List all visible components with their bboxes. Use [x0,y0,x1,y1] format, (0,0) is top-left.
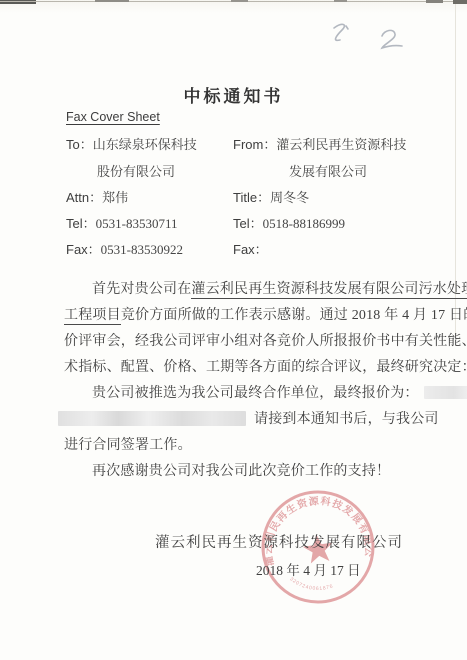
tel-right-label: Tel： [233,216,263,231]
redacted-price-box-1 [424,386,467,399]
to-value-line1: 山东绿泉环保科技 [93,137,197,152]
to-value-line2: 股份有限公司 [97,161,175,180]
body-para1-line2: 工程项目竞价方面所做的工作表示感谢。通过 2018 年 4 月 17 日的竞 [64,304,467,324]
redacted-price-box-2 [58,411,246,426]
tel-left-value: 0531-83530711 [96,216,178,231]
from-field: From：灌云利民再生资源科技 [233,134,406,153]
para2-line1-text: 贵公司被推选为我公司最终合作单位，最终报价为： [92,386,419,401]
fax-left-field: Fax：0531-83530922 [66,239,183,258]
fax-cover-sheet-label: Fax Cover Sheet [66,110,160,124]
title-label: Title： [233,190,270,205]
title-value: 周冬冬 [270,190,309,205]
document-title: 中标通知书 [0,82,467,107]
body-para3-line1: 再次感谢贵公司对我公司此次竞价工作的支持！ [64,460,390,480]
scan-edge-segment [231,0,248,2]
from-label: From： [233,137,276,152]
body-para1-line4: 术指标、配置、价格、工期等各方面的综合评议，最终研究决定： [64,356,467,376]
body-para2-line3: 进行合同签署工作。 [64,434,192,454]
handwritten-mark-2 [376,26,410,56]
tel-right-value: 0518-88186999 [263,216,345,231]
tel-right-field: Tel：0518-88186999 [233,213,345,232]
attn-field: Attn：郑伟 [66,187,128,206]
para1-line1-text: 首先对贵公司在 [92,282,191,297]
scanned-document-page: 中标通知书 Fax Cover Sheet To：山东绿泉环保科技 From：灌… [0,0,467,660]
body-para1-line1: 首先对贵公司在灌云利民再生资源科技发展有限公司污水处理 [64,278,467,298]
signature-company-name: 灌云利民再生资源科技发展有限公司 [155,531,403,552]
fax-left-label: Fax： [66,242,101,257]
fax-right-field: Fax： [233,239,268,258]
attn-label: Attn： [66,190,102,205]
from-value-line2: 发展有限公司 [289,161,367,180]
scan-edge-segment [426,0,443,3]
to-label: To： [66,137,93,152]
attn-value: 郑伟 [102,190,128,205]
para1-line2-text: 竞价方面所做的工作表示感谢。通过 2018 年 4 月 17 日的竞 [121,308,467,323]
fax-right-label: Fax： [233,242,268,257]
para2-line2-text: 请接到本通知书后，与我公司 [254,412,439,427]
tel-left-label: Tel： [66,216,96,231]
scan-edge-segment [95,0,129,2]
signature-date: 2018 年 4 月 17 日 [256,559,361,579]
fax-left-value: 0531-83530922 [101,242,183,257]
title-field: Title：周冬冬 [233,187,309,206]
scan-edge-segment [334,0,347,2]
tel-left-field: Tel：0531-83530711 [66,213,177,232]
para1-line1-underlined-project-name: 灌云利民再生资源科技发展有限公司污水处理 [191,282,467,299]
body-para2-line2: 请接到本通知书后，与我公司 [58,408,439,428]
handwritten-mark-3 [326,18,370,54]
para1-line2-underlined-project-name: 工程项目 [64,308,121,325]
body-para2-line1: 贵公司被推选为我公司最终合作单位，最终报价为： [64,382,467,402]
from-value-line1: 灌云利民再生资源科技 [276,137,406,152]
body-para1-line3: 价评审会，经我公司评审小组对各竞价人所报报价书中有关性能、技 [64,330,467,350]
to-field: To：山东绿泉环保科技 [66,134,197,153]
